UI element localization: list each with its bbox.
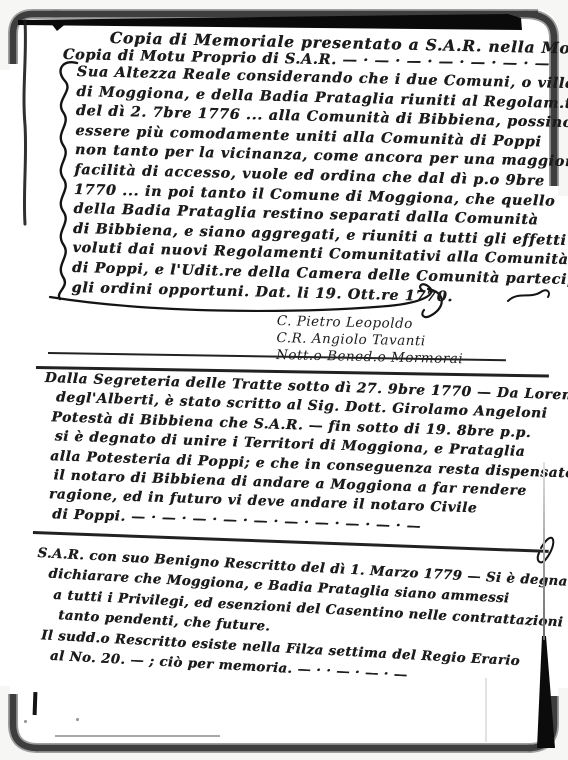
page-curl-line (543, 462, 545, 640)
tratte-paragraph: Dalla Segreteria delle Tratte sotto dì 2… (40, 369, 568, 542)
bottom-left-scan-line (55, 735, 220, 737)
ink-speck (76, 718, 79, 721)
memoriale-paragraph: Sua Altezza Reale considerando che i due… (71, 63, 568, 311)
page-bleed-left (0, 70, 14, 686)
scanned-manuscript-page: Copia di Memoriale presentato a S.A.R. n… (0, 0, 568, 760)
ink-speck (24, 720, 27, 723)
faint-fold-line (485, 678, 487, 742)
